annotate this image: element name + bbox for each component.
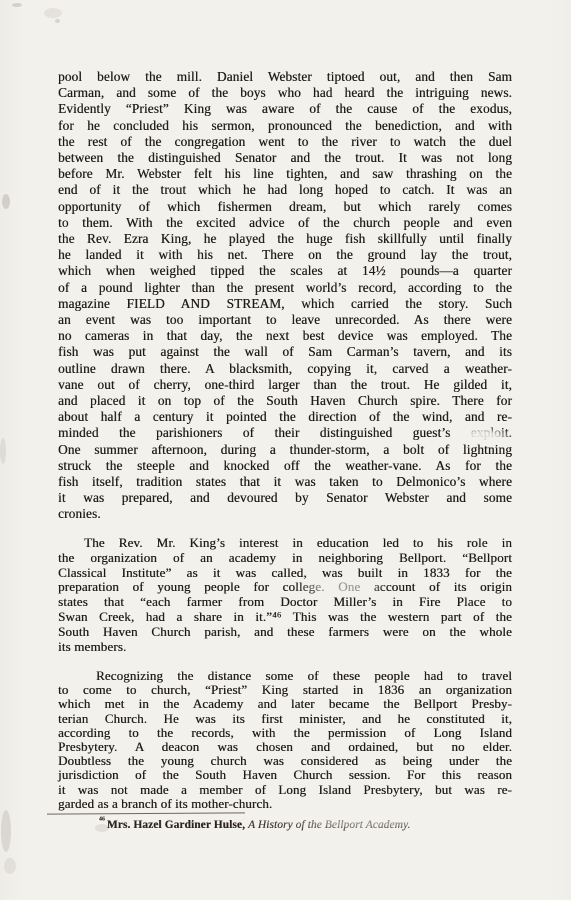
text-line: The Rev. Mr. King’s interest in educatio… xyxy=(58,536,512,551)
text-line: he landed it with his net. There on the … xyxy=(58,247,512,263)
text-line: the organization of an academy in neighb… xyxy=(58,551,512,566)
scan-speck xyxy=(0,438,6,464)
text-line: jurisdiction of the South Haven Church s… xyxy=(58,768,512,782)
text-line: Swan Creek, had a share in it.”⁴⁶ This w… xyxy=(58,610,512,625)
text-line: it was not made a member of Long Island … xyxy=(58,783,512,797)
text-line: fish itself, tradition states that it wa… xyxy=(58,474,512,490)
scan-speck xyxy=(4,858,16,874)
paragraph-2: The Rev. Mr. King’s interest in educatio… xyxy=(58,536,512,655)
footnote: ⁴⁶Mrs. Hazel Gardiner Hulse,A History of… xyxy=(99,816,509,831)
text-line: Classical Institute” as it was called, w… xyxy=(58,566,512,581)
footnote-author: Mrs. Hazel Gardiner Hulse, xyxy=(107,819,245,831)
text-line: which met in the Academy and later becam… xyxy=(58,697,512,711)
text-line: One summer afternoon, during a thunder-s… xyxy=(58,442,512,458)
paragraph-1: pool below the mill. Daniel Webster tipt… xyxy=(58,69,512,523)
text-line: which when weighed tipped the scales at … xyxy=(58,263,512,279)
text-line: preparation of young people for college.… xyxy=(58,580,512,595)
scan-speck xyxy=(55,19,60,23)
text-line: between the distinguished Senator and th… xyxy=(58,150,512,166)
scan-speck xyxy=(44,8,62,18)
text-line: before Mr. Webster felt his line tighten… xyxy=(58,166,512,182)
text-line: states that “each farmer from Doctor Mil… xyxy=(58,595,512,610)
scan-speck xyxy=(1,810,11,852)
text-line: an event was too important to leave unre… xyxy=(58,312,512,328)
text-line: to come to church, “Priest” King started… xyxy=(58,683,512,697)
text-line: and placed it on top of the South Haven … xyxy=(58,393,512,409)
paragraph-3: Recognizing the distance some of these p… xyxy=(58,669,512,811)
text-line: Carman, and some of the boys who had hea… xyxy=(58,85,512,101)
text-line: outline drawn there. A blacksmith, copyi… xyxy=(58,361,512,377)
text-line: about half a century it pointed the dire… xyxy=(58,409,512,425)
text-line: the Rev. Ezra King, he played the huge f… xyxy=(58,231,512,247)
text-line: the rest of the congregation went to the… xyxy=(58,134,512,150)
text-line: end of it the trout which he had long ho… xyxy=(58,182,512,198)
text-line: vane out of cherry, one-third larger tha… xyxy=(58,377,512,393)
text-line: opportunity of which fishermen dream, bu… xyxy=(58,199,512,215)
text-line: its members. xyxy=(58,640,512,655)
text-block: pool below the mill. Daniel Webster tipt… xyxy=(58,69,512,811)
text-line: South Haven Church parish, and these far… xyxy=(58,625,512,640)
text-line: garded as a branch of its mother-church. xyxy=(58,797,512,811)
text-line: pool below the mill. Daniel Webster tipt… xyxy=(58,69,512,85)
text-line: of a pound lighter than the present worl… xyxy=(58,280,512,296)
scanned-book-page: pool below the mill. Daniel Webster tipt… xyxy=(0,0,571,900)
text-line: Doubtless the young church was considere… xyxy=(58,754,512,768)
text-line: to them. With the excited advice of the … xyxy=(58,215,512,231)
text-line: fish was put against the wall of Sam Car… xyxy=(58,344,512,360)
text-line: for he concluded his sermon, pronounced … xyxy=(58,118,512,134)
text-line: Evidently “Priest” King was aware of the… xyxy=(58,101,512,117)
text-line: according to the records, with the permi… xyxy=(58,726,512,740)
text-line: terian Church. He was its first minister… xyxy=(58,712,512,726)
text-line: cronies. xyxy=(58,506,512,522)
text-line: struck the steeple and knocked off the w… xyxy=(58,458,512,474)
text-line: magazine FIELD AND STREAM, which carried… xyxy=(58,296,512,312)
scan-speck xyxy=(12,3,22,7)
text-line: minded the parishioners of their disting… xyxy=(58,425,512,441)
footnote-title: A History of the Bellport Academy. xyxy=(248,819,410,831)
text-line: it was prepared, and devoured by Senator… xyxy=(58,490,512,506)
footnote-separator-rule xyxy=(47,812,245,815)
text-line: Presbytery. A deacon was chosen and orda… xyxy=(58,740,512,754)
footnote-marker: ⁴⁶ xyxy=(99,816,105,826)
text-line: no cameras in that day, the next best de… xyxy=(58,328,512,344)
scan-speck xyxy=(2,194,10,209)
text-line: Recognizing the distance some of these p… xyxy=(58,669,512,683)
